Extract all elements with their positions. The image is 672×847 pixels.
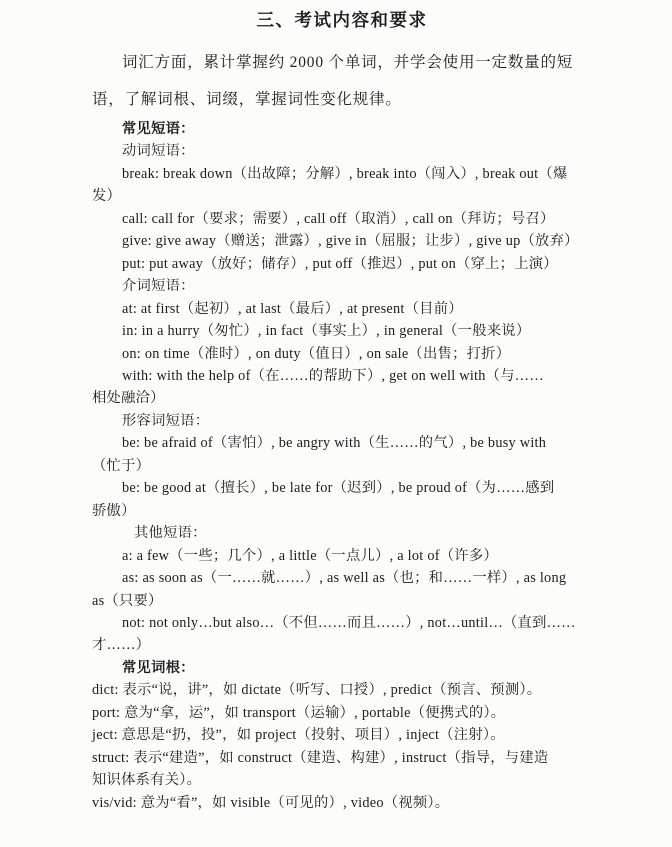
- text-line: ject: 意思是“扔，投”，如 project（投射、项目）, inject（…: [92, 724, 592, 746]
- text-line: on: on time（准时）, on duty（值日）, on sale（出售…: [92, 343, 592, 365]
- text-line: 知识体系有关）。: [92, 769, 592, 791]
- text-line: not: not only…but also…（不但……而且……）, not…u…: [92, 612, 592, 634]
- text-line: 介词短语：: [92, 275, 592, 297]
- intro-paragraph: 词汇方面，累计掌握约 2000 个单词，并学会使用一定数量的短语，了解词根、词缀…: [92, 44, 592, 118]
- text-line: 其他短语：: [92, 522, 592, 544]
- text-line: 常见短语：: [92, 118, 592, 140]
- text-line: struct: 表示“建造”，如 construct（建造、构建）, instr…: [92, 747, 592, 769]
- text-line: 才……）: [92, 634, 592, 656]
- document-title: 三、考试内容和要求: [92, 8, 592, 32]
- text-line: 相处融洽）: [92, 387, 592, 409]
- text-line: 形容词短语：: [92, 410, 592, 432]
- text-line: dict: 表示“说，讲”，如 dictate（听写、口授）, predict（…: [92, 679, 592, 701]
- text-line: as（只要）: [92, 590, 592, 612]
- text-line: vis/vid: 意为“看”，如 visible（可见的）, video（视频）…: [92, 792, 592, 814]
- text-line: 语，了解词根、词缀，掌握词性变化规律。: [92, 81, 592, 118]
- text-line: be: be good at（擅长）, be late for（迟到）, be …: [92, 477, 592, 499]
- text-line: 发）: [92, 185, 592, 207]
- text-line: （忙于）: [92, 455, 592, 477]
- text-line: 骄傲）: [92, 500, 592, 522]
- text-line: 词汇方面，累计掌握约 2000 个单词，并学会使用一定数量的短: [92, 44, 592, 81]
- text-line: port: 意为“拿，运”，如 transport（运输）, portable（…: [92, 702, 592, 724]
- text-line: be: be afraid of（害怕）, be angry with（生……的…: [92, 432, 592, 454]
- text-line: with: with the help of（在……的帮助下）, get on …: [92, 365, 592, 387]
- text-line: give: give away（赠送；泄露）, give in（屈服；让步）, …: [92, 230, 592, 252]
- text-line: put: put away（放好；储存）, put off（推迟）, put o…: [92, 253, 592, 275]
- text-line: at: at first（起初）, at last（最后）, at presen…: [92, 298, 592, 320]
- text-line: in: in a hurry（匆忙）, in fact（事实上）, in gen…: [92, 320, 592, 342]
- text-line: 常见词根：: [92, 657, 592, 679]
- document-page: 三、考试内容和要求 词汇方面，累计掌握约 2000 个单词，并学会使用一定数量的…: [0, 0, 672, 847]
- text-line: break: break down（出故障；分解）, break into（闯入…: [92, 163, 592, 185]
- text-line: a: a few（一些；几个）, a little（一点儿）, a lot of…: [92, 545, 592, 567]
- text-line: as: as soon as（一……就……）, as well as（也；和………: [92, 567, 592, 589]
- text-line: call: call for（要求；需要）, call off（取消）, cal…: [92, 208, 592, 230]
- text-line: 动词短语：: [92, 140, 592, 162]
- body-text: 常见短语：动词短语：break: break down（出故障；分解）, bre…: [92, 118, 592, 814]
